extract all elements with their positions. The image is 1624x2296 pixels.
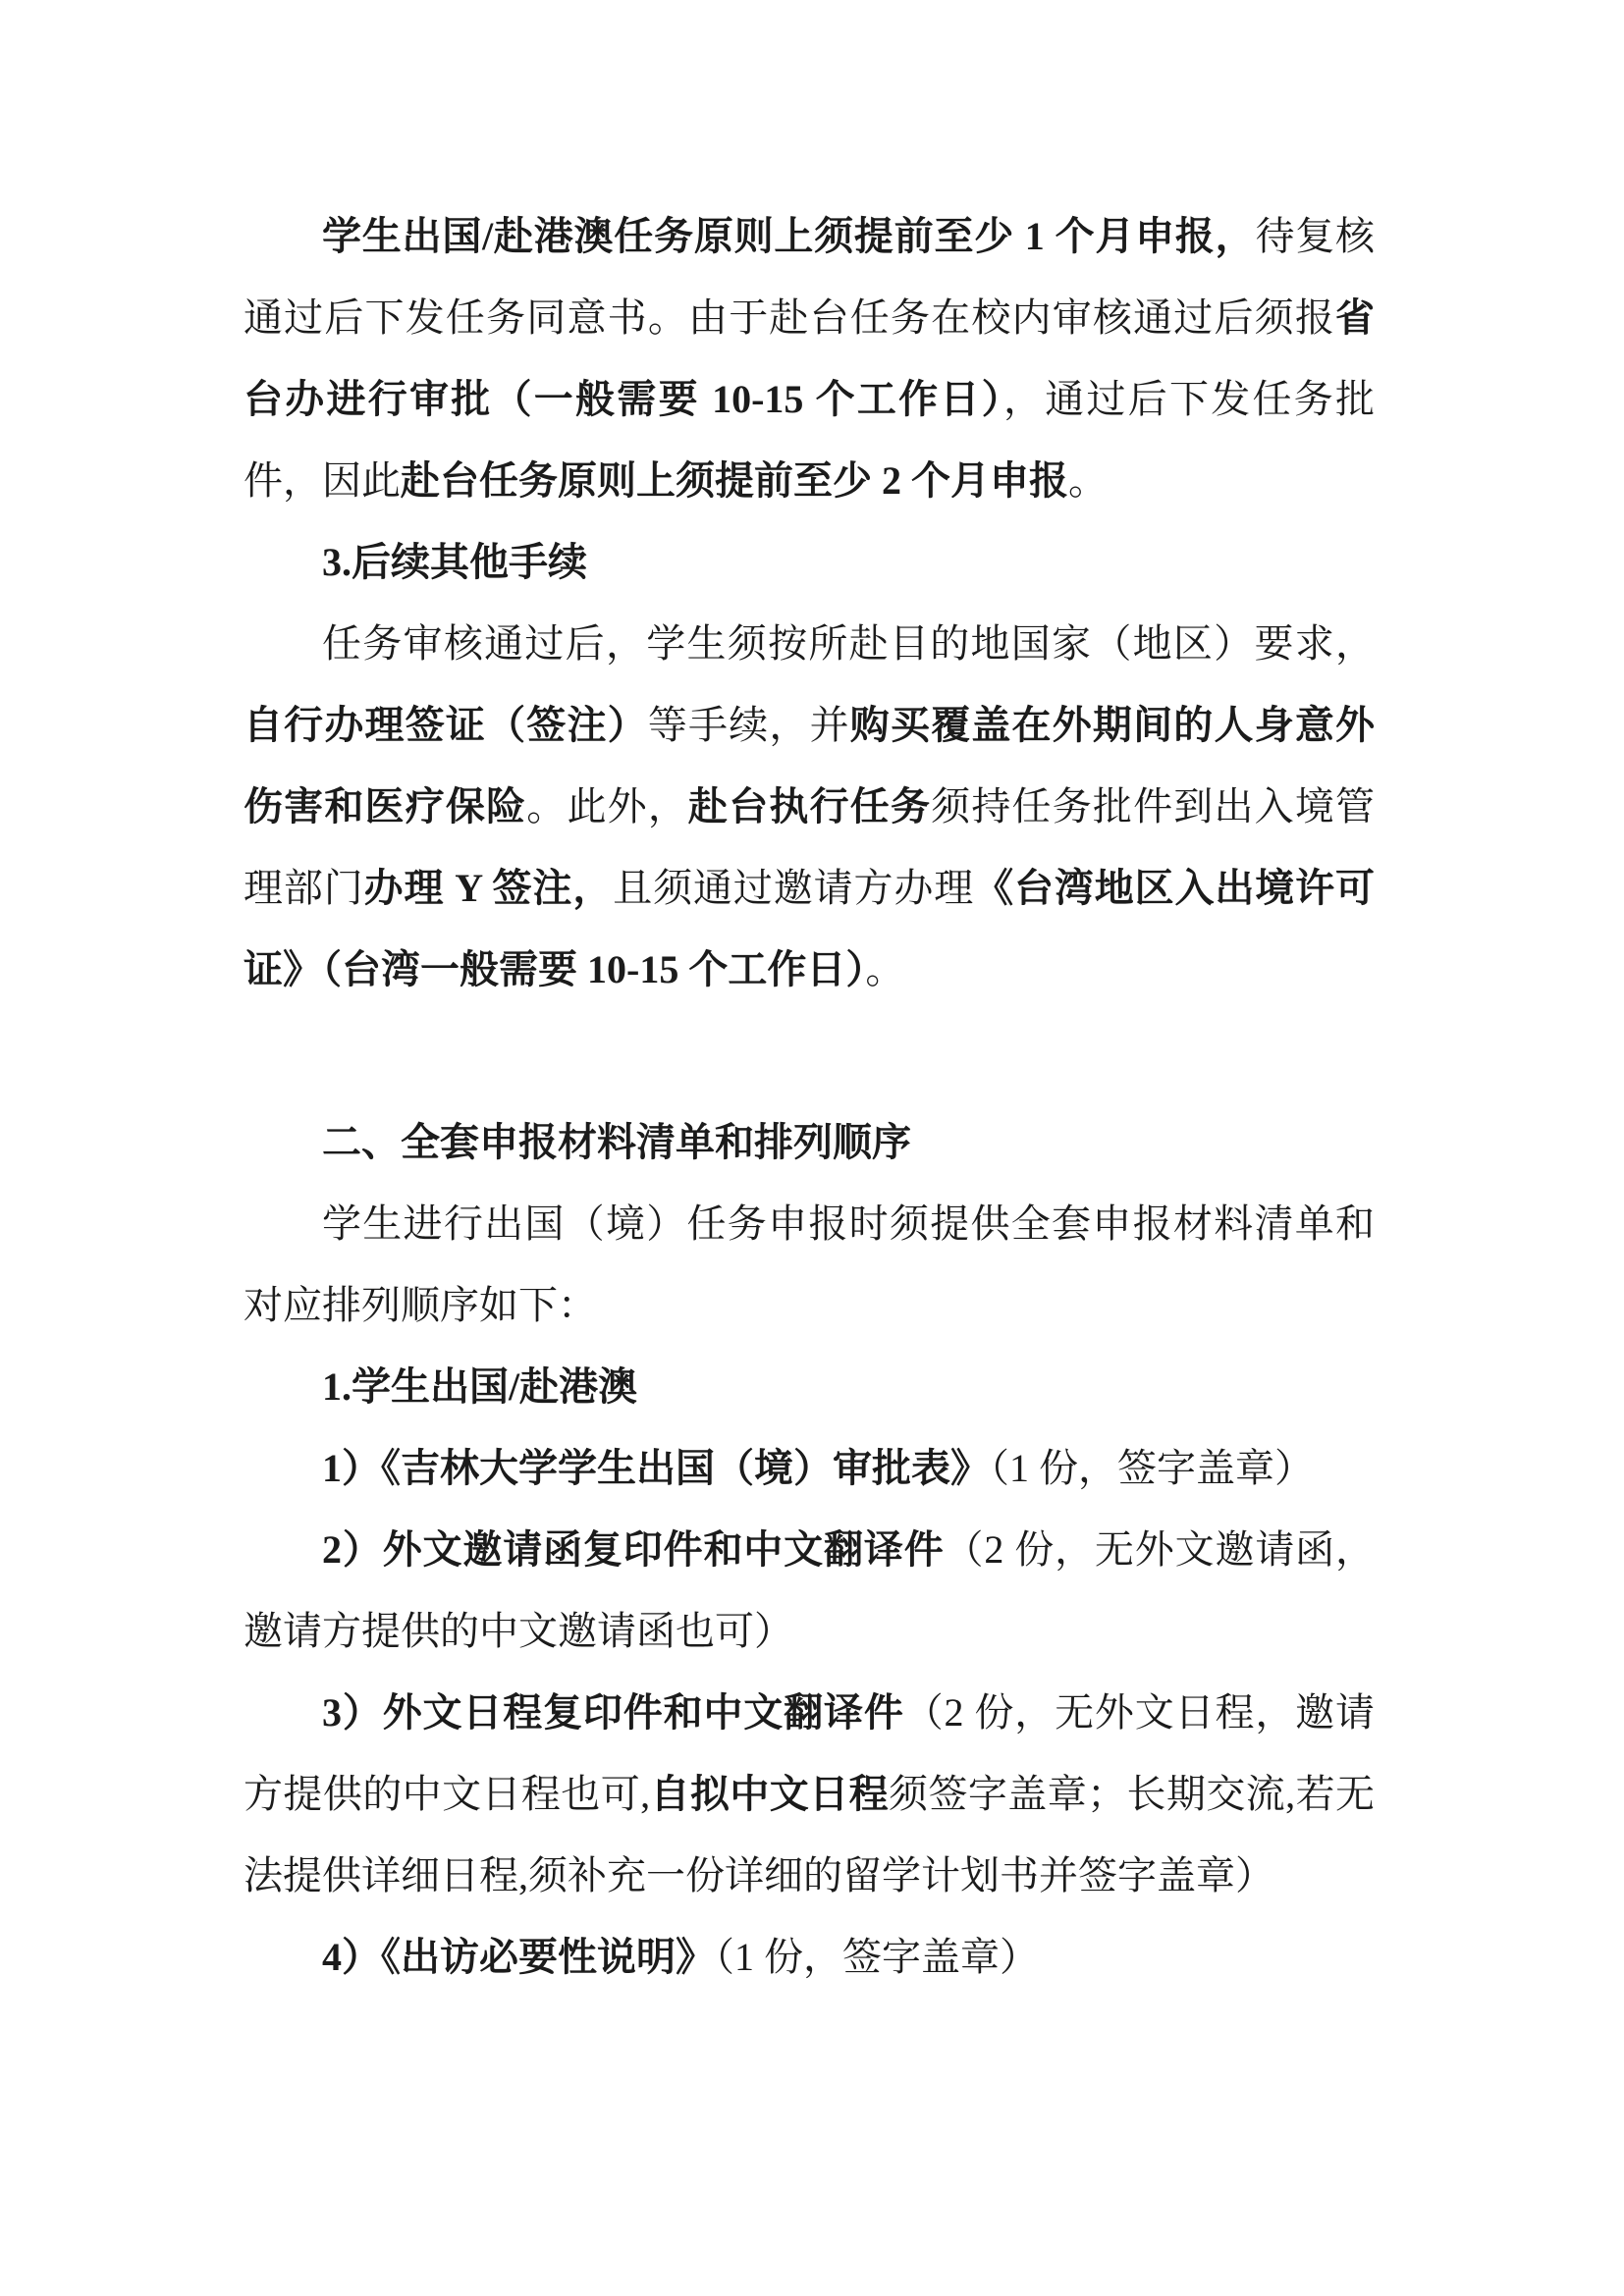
text-run: 二、全套申报材料清单和排列顺序 [322,1120,911,1164]
text-run: 1.学生出国/赴港澳 [322,1364,637,1409]
text-run: 赴台执行任务 [688,784,931,828]
document-text: 学生出国/赴港澳任务原则上须提前至少 1 个月申报，待复核通过后下发任务同意书。… [244,195,1375,1998]
text-run: 。 [865,947,904,991]
heading-1-students-abroad: 1.学生出国/赴港澳 [244,1346,1375,1427]
heading-3-follow-up: 3.后续其他手续 [244,521,1375,603]
heading-section-2: 二、全套申报材料清单和排列顺序 [244,1101,1375,1183]
text-run: 1）《吉林大学学生出国（境）审批表》 [322,1446,990,1490]
text-run: 学生进行出国（境）任务申报时须提供全套申报材料清单和对应排列顺序如下： [244,1201,1375,1327]
text-run: 。此外， [526,784,688,828]
text-run: 学生出国/赴港澳任务原则上须提前至少 1 个月申报， [322,214,1255,258]
text-run: 。 [1068,458,1108,503]
text-run: 等手续，并 [648,703,850,747]
para-follow-up-procedures: 任务审核通过后，学生须按所赴目的地国家（地区）要求，自行办理签证（签注）等手续，… [244,603,1375,1010]
text-run: 2）外文邀请函复印件和中文翻译件 [322,1527,945,1572]
para-deadline-notice: 学生出国/赴港澳任务原则上须提前至少 1 个月申报，待复核通过后下发任务同意书。… [244,195,1375,521]
text-run: 自行办理签证（签注） [244,703,648,747]
item-2-invitation-letter: 2）外文邀请函复印件和中文翻译件（2 份，无外文邀请函，邀请方提供的中文邀请函也… [244,1509,1375,1672]
text-run: 办理 Y 签注， [364,866,614,910]
text-run: 且须通过邀请方办理 [613,866,974,910]
item-3-itinerary: 3）外文日程复印件和中文翻译件（2 份，无外文日程，邀请方提供的中文日程也可,自… [244,1672,1375,1916]
document-page: 学生出国/赴港澳任务原则上须提前至少 1 个月申报，待复核通过后下发任务同意书。… [0,0,1624,2296]
text-run: （1 份，签字盖章） [715,1935,1039,1979]
text-run: 赴台任务原则上须提前至少 2 个月申报 [401,458,1068,503]
text-run: 3）外文日程复印件和中文翻译件 [322,1690,904,1735]
text-run: 自拟中文日程 [650,1772,889,1816]
text-run: 4）《出访必要性说明》 [322,1935,715,1979]
text-run: 任务审核通过后，学生须按所赴目的地国家（地区）要求， [322,621,1375,666]
blank-line [244,1010,1375,1101]
item-1-approval-form: 1）《吉林大学学生出国（境）审批表》（1 份，签字盖章） [244,1427,1375,1509]
para-materials-intro: 学生进行出国（境）任务申报时须提供全套申报材料清单和对应排列顺序如下： [244,1183,1375,1346]
text-run: 3.后续其他手续 [322,540,587,584]
item-4-necessity-statement: 4）《出访必要性说明》（1 份，签字盖章） [244,1916,1375,1998]
text-run: （1 份，签字盖章） [990,1446,1314,1490]
